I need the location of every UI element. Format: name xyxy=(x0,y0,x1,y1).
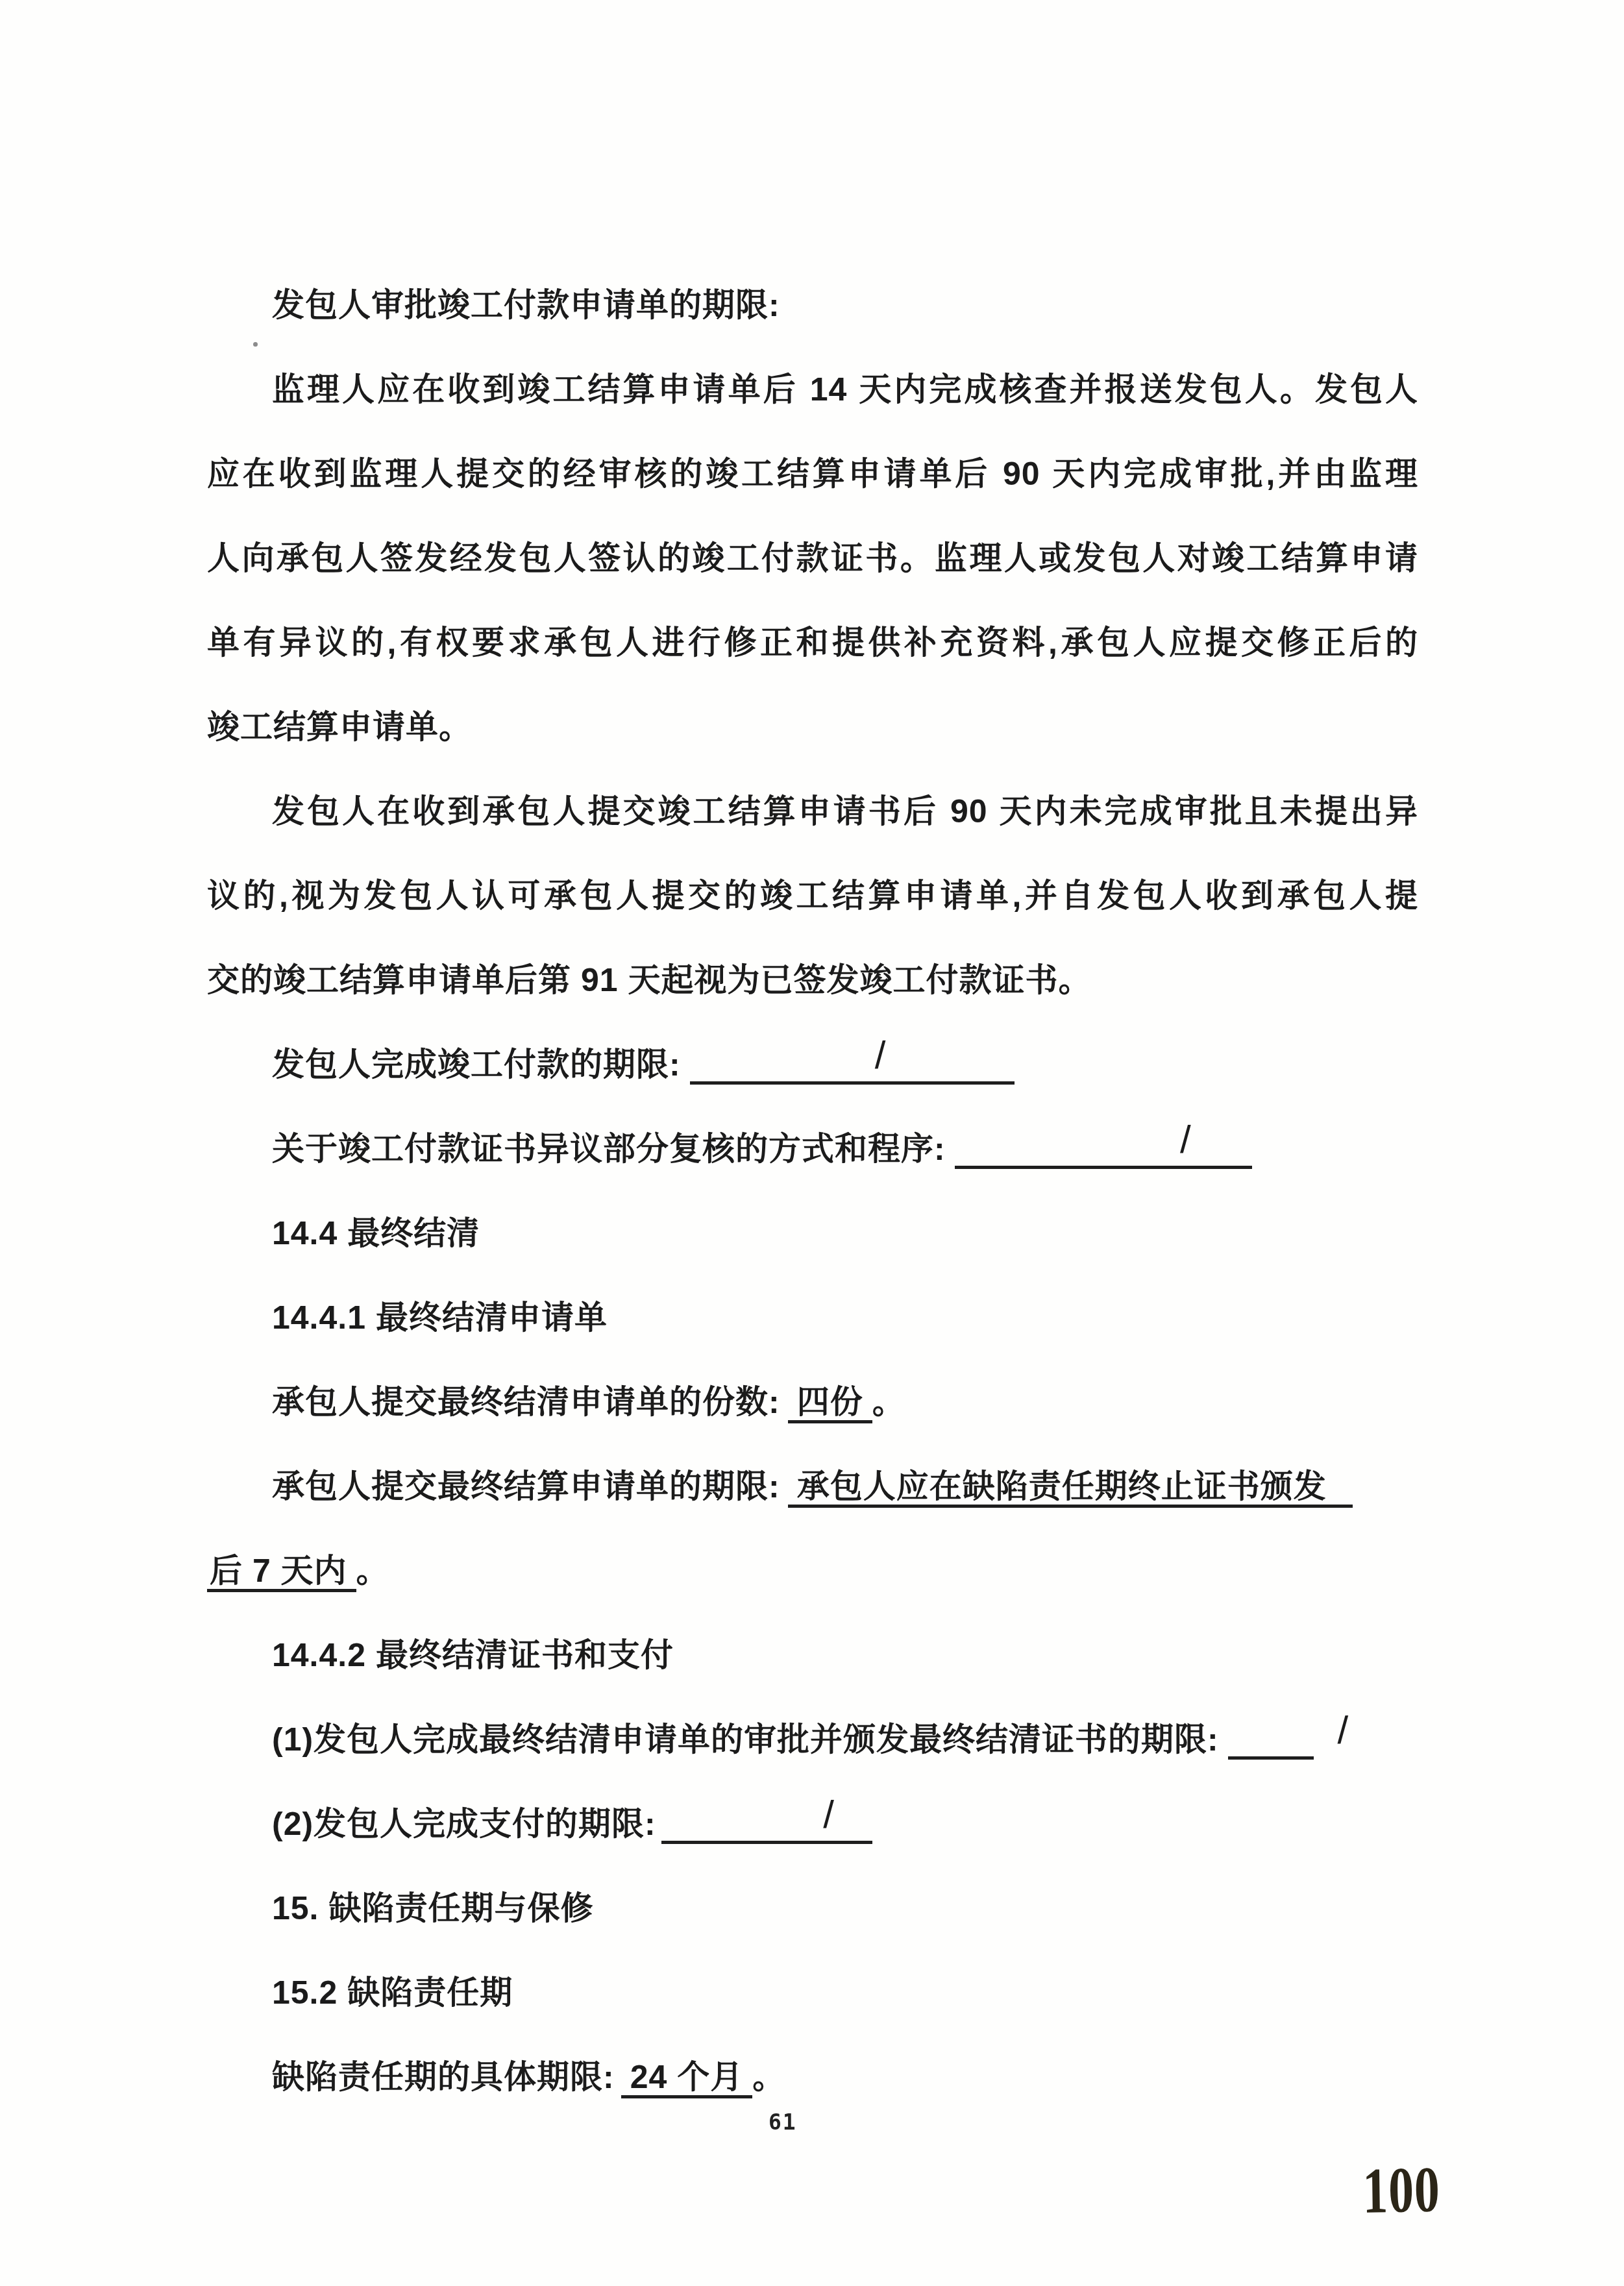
stamp-page-number: 100 xyxy=(1362,2157,1441,2224)
item2-label: (2)发包人完成支付的期限: xyxy=(272,1806,656,1842)
review-procedure-label: 关于竣工付款证书异议部分复核的方式和程序: xyxy=(272,1131,946,1167)
payment-deadline-blank-field: / xyxy=(690,1033,1015,1085)
slash-mark: / xyxy=(1115,1120,1192,1159)
line-item2-payment-deadline: (2)发包人完成支付的期限:/ xyxy=(207,1782,1418,1866)
line-item1-certificate-deadline: (1)发包人完成最终结清申请单的审批并颁发最终结清证书的期限:/ xyxy=(207,1697,1418,1782)
item1-label: (1)发包人完成最终结清申请单的审批并颁发最终结清证书的期限: xyxy=(272,1721,1219,1758)
paragraph1-line4: 单有异议的,有权要求承包人进行修正和提供补充资料,承包人应提交修正后的 xyxy=(207,600,1418,685)
paragraph2-line2: 议的,视为发包人认可承包人提交的竣工结算申请单,并自发包人收到承包人提 xyxy=(207,854,1418,938)
period: 。 xyxy=(356,1553,389,1589)
paragraph2-line1: 发包人在收到承包人提交竣工结算申请书后 90 天内未完成审批且未提出异 xyxy=(207,769,1418,854)
period: 。 xyxy=(752,2059,785,2095)
line-review-procedure: 关于竣工付款证书异议部分复核的方式和程序:/ xyxy=(207,1107,1418,1191)
line-approval-deadline-heading: 发包人审批竣工付款申请单的期限: xyxy=(207,263,1418,347)
contract-text-block: 发包人审批竣工付款申请单的期限: 监理人应在收到竣工结算申请单后 14 天内完成… xyxy=(207,263,1418,2119)
slash-mark: / xyxy=(758,1795,835,1834)
paragraph1-line3: 人向承包人签发经发包人签认的竣工付款证书。监理人或发包人对竣工结算申请 xyxy=(207,516,1418,600)
period: 。 xyxy=(872,1384,905,1420)
slash-mark: / xyxy=(1272,1711,1349,1750)
heading-14-4: 14.4 最终结清 xyxy=(207,1191,1418,1275)
heading-15: 15. 缺陷责任期与保修 xyxy=(207,1866,1418,1950)
paragraph1-line2: 应在收到监理人提交的经审核的竣工结算申请单后 90 天内完成审批,并由监理 xyxy=(207,432,1418,516)
line-final-copies: 承包人提交最终结清申请单的份数:四份。 xyxy=(207,1360,1418,1444)
item2-blank-field: / xyxy=(661,1792,872,1844)
paragraph1-line5: 竣工结算申请单。 xyxy=(207,685,1418,769)
line-final-deadline-continued: 后 7 天内。 xyxy=(207,1529,1418,1613)
review-procedure-blank-field: / xyxy=(955,1117,1252,1169)
page-number: 61 xyxy=(769,2109,797,2135)
scanned-contract-page: 发包人审批竣工付款申请单的期限: 监理人应在收到竣工结算申请单后 14 天内完成… xyxy=(0,0,1624,2286)
heading-15-2: 15.2 缺陷责任期 xyxy=(207,1950,1418,2035)
final-deadline-value: 承包人应在缺陷责任期终止证书颁发 xyxy=(788,1468,1353,1508)
payment-deadline-label: 发包人完成竣工付款的期限: xyxy=(272,1046,681,1083)
defect-period-value: 24 个月 xyxy=(621,2059,753,2098)
item1-blank-field: / xyxy=(1228,1708,1314,1760)
final-deadline-label: 承包人提交最终结算申请单的期限: xyxy=(272,1468,780,1505)
heading-14-4-2: 14.4.2 最终结清证书和支付 xyxy=(207,1613,1418,1697)
final-deadline-value-continued: 后 7 天内 xyxy=(207,1553,356,1592)
line-payment-deadline: 发包人完成竣工付款的期限:/ xyxy=(207,1022,1418,1107)
final-copies-label: 承包人提交最终结清申请单的份数: xyxy=(272,1384,780,1420)
line-final-deadline: 承包人提交最终结算申请单的期限:承包人应在缺陷责任期终止证书颁发 xyxy=(207,1444,1418,1529)
heading-14-4-1: 14.4.1 最终结清申请单 xyxy=(207,1275,1418,1360)
slash-mark: / xyxy=(810,1036,887,1075)
defect-period-label: 缺陷责任期的具体期限: xyxy=(272,2059,615,2095)
final-copies-value: 四份 xyxy=(788,1384,872,1423)
line-defect-period: 缺陷责任期的具体期限:24 个月。 xyxy=(207,2035,1418,2119)
paragraph2-line3: 交的竣工结算申请单后第 91 天起视为已签发竣工付款证书。 xyxy=(207,938,1418,1022)
paragraph1-line1: 监理人应在收到竣工结算申请单后 14 天内完成核查并报送发包人。发包人 xyxy=(207,347,1418,432)
